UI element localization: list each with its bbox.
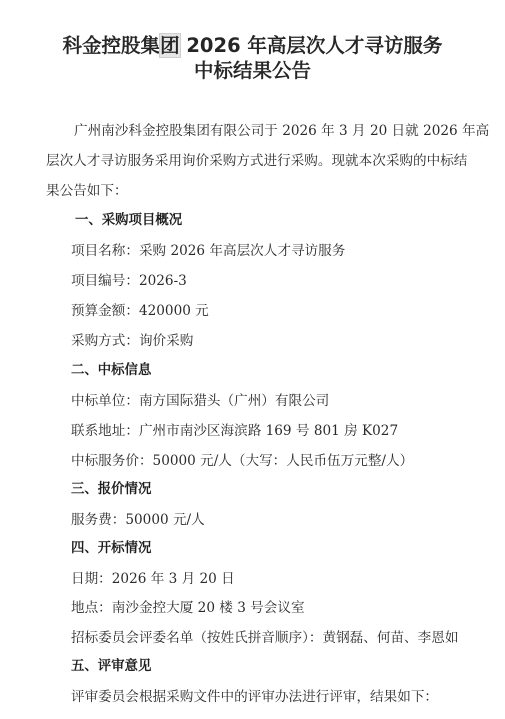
document-title-line-1: 科金控股集团 2026 年高层次人才寻访服务 <box>0 33 505 58</box>
intro-paragraph-line-3: 果公告如下： <box>46 182 128 200</box>
procurement-method: 采购方式：询价采购 <box>71 332 193 350</box>
intro-paragraph-line-2: 层次人才寻访服务采用询价采购方式进行采购。现就本次采购的中标结 <box>46 152 467 170</box>
title-prefix: 科金控股集 <box>63 34 161 57</box>
section-heading-4: 四、开标情况 <box>71 540 151 558</box>
intro-paragraph-line-1: 广州南沙科金控股集团有限公司于 2026 年 3 月 20 日就 2026 年高 <box>74 122 489 140</box>
project-name: 项目名称：采购 2026 年高层次人才寻访服务 <box>71 242 345 260</box>
opening-date: 日期：2026 年 3 月 20 日 <box>71 570 235 588</box>
section-heading-2: 二、中标信息 <box>71 362 151 380</box>
section-heading-1: 一、采购项目概况 <box>75 212 182 230</box>
opening-location: 地点：南沙金控大厦 20 楼 3 号会议室 <box>71 599 305 617</box>
winning-service-price: 中标服务价：50000 元/人（大写：人民币伍万元整/人） <box>71 452 413 470</box>
title-suffix: 2026 年高层次人才寻访服务 <box>180 34 443 57</box>
project-number: 项目编号：2026-3 <box>71 272 187 290</box>
section-heading-3: 三、报价情况 <box>71 481 151 499</box>
evaluation-opinion: 评审委员会根据采购文件中的评审办法进行评审，结果如下： <box>71 688 438 706</box>
winning-bidder: 中标单位：南方国际猎头（广州）有限公司 <box>71 392 329 410</box>
service-fee: 服务费：50000 元/人 <box>71 511 205 529</box>
budget-amount: 预算金额：420000 元 <box>71 302 209 320</box>
document-title-line-2: 中标结果公告 <box>0 58 505 83</box>
evaluation-committee-list: 招标委员会评委名单（按姓氏拼音顺序）：黄钢磊、何苗、李恩如 <box>71 629 458 647</box>
section-heading-5: 五、评审意见 <box>71 658 151 676</box>
contact-address: 联系地址：广州市南沙区海滨路 169 号 801 房 K027 <box>71 422 398 440</box>
title-highlighted-char: 团 <box>160 34 180 57</box>
